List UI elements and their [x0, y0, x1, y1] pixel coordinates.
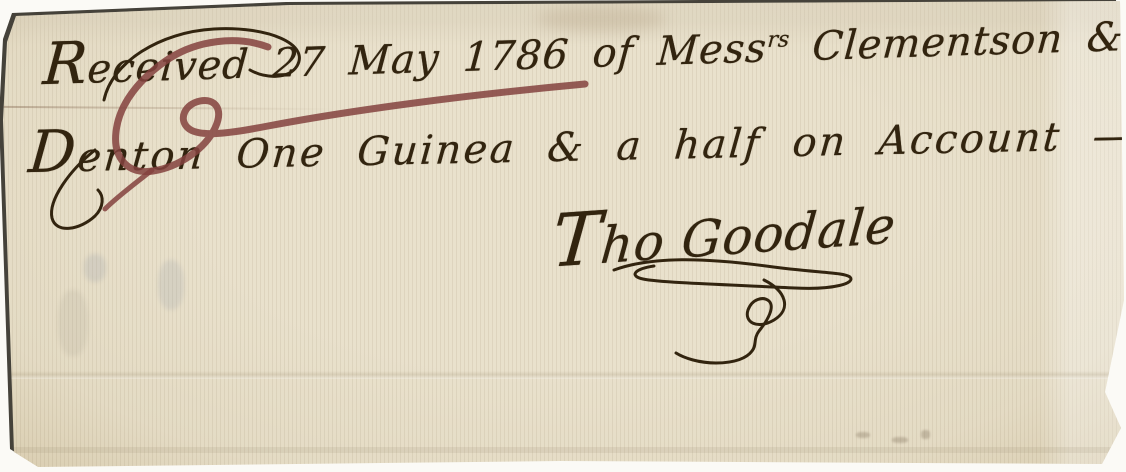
line1-text-continued: Clementson & [787, 14, 1125, 71]
scanned-receipt-document: Received 27 May 1786 of Messrs Clementso… [0, 0, 1126, 472]
ink-speck [921, 430, 930, 439]
ink-speck [856, 432, 870, 438]
crease-line-middle [0, 371, 1126, 379]
ink-bleedthrough-mark [84, 254, 106, 282]
receipt-paper: Received 27 May 1786 of Messrs Clementso… [0, 0, 1126, 472]
ink-speck [892, 437, 908, 443]
crease-line-bottom [0, 447, 1126, 453]
ink-bleedthrough-mark [58, 290, 88, 356]
ink-bleedthrough-mark [158, 260, 184, 310]
line1-superscript: rs [767, 27, 791, 53]
